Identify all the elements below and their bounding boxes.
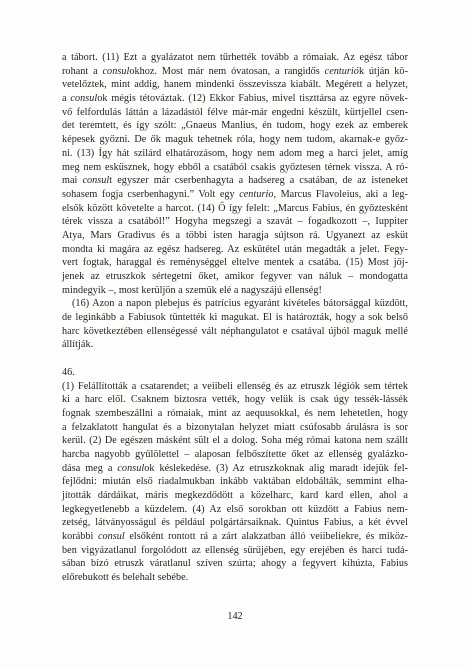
text-line: térek vissza a csatából!” Hogyha megszeg… — [62, 215, 408, 229]
text-line: legkegyetlenebb a küzdelem. (4) Az első … — [62, 503, 408, 517]
text-line: Atya, Mars Gradivus és a többi isten har… — [62, 229, 408, 243]
text-line: állítják. — [62, 338, 408, 352]
text-line: sában bízó etruszk váratlanul szíven szú… — [62, 557, 408, 571]
text-line: harcba nagyobb gyűlölettel – alaposan fe… — [62, 448, 408, 462]
text-line: kerül. (2) De egészen másként sült el a … — [62, 434, 408, 448]
page-number: 142 — [62, 610, 408, 624]
text-line: ki a harc elől. Csaknem biztosra vették,… — [62, 393, 408, 407]
text-line: mai consult egyszer már cserbenhagyta a … — [62, 174, 408, 188]
text-line: fejlődni: miután első riadalmukban inkáb… — [62, 475, 408, 489]
text-line: a tábort. (11) Ezt a gyalázatot nem tűrh… — [62, 51, 408, 65]
text-line: vert fogtak, haraggal és reménységgel el… — [62, 256, 408, 270]
text-line: meg nem esküsznek, hogy ebből a csatából… — [62, 161, 408, 175]
text-line: elsők között követelte a harcot. (14) Ő … — [62, 202, 408, 216]
text-line: sohasem fogja cserbenhagyni.” Volt egy c… — [62, 188, 408, 202]
text-line: korábbi consul elsőként rontott rá a zár… — [62, 530, 408, 544]
text-line: vetelőztek, mint addig, hanem mindenki ö… — [62, 78, 408, 92]
text-line: előrebukott és belehalt sebébe. — [62, 571, 408, 585]
text-line: zetség, látványosságul és például polgár… — [62, 516, 408, 530]
text-line: (1) Felállították a csatarendet; a veiib… — [62, 380, 408, 394]
text-line: fognak szembeszállni a rómaiak, mint az … — [62, 407, 408, 421]
text-line: mindegyik –, most kerüljön a szemük elé … — [62, 284, 408, 298]
text-line: vő felfordulás láttán a lázadástól félve… — [62, 106, 408, 120]
text-line: det teremtett, és így szólt: „Gnaeus Man… — [62, 119, 408, 133]
text-line: rohant a consulokhoz. Most már nem óvato… — [62, 65, 408, 79]
text-line: képesek győzni. De ők maguk tehetnek ról… — [62, 133, 408, 147]
text-line: harc következtében ellenségessé vált nép… — [62, 325, 408, 339]
text-line: jították dárdáikat, máris megkezdődött a… — [62, 489, 408, 503]
text-line: a consulok mégis tétováztak. (12) Ekkor … — [62, 92, 408, 106]
book-page: a tábort. (11) Ezt a gyalázatot nem tűrh… — [0, 0, 466, 667]
section-heading: 46. — [62, 366, 408, 380]
text-line: mondta ki magára az egész hadsereg. Az e… — [62, 243, 408, 257]
text-line: ni. (13) Így hát szilárd elhatározásom, … — [62, 147, 408, 161]
text-line: (16) Azon a napon plebejus és patrícius … — [62, 297, 408, 311]
text-line: jenek az etruszkok sértegetni őket, amik… — [62, 270, 408, 284]
text-line: de leginkább a Fabiusok tüntették ki mag… — [62, 311, 408, 325]
text-block: a tábort. (11) Ezt a gyalázatot nem tűrh… — [62, 51, 408, 585]
text-line: a felzaklatott hangulat és a bizonytalan… — [62, 421, 408, 435]
text-line: ben vigyázatlanul forgolódott az ellensé… — [62, 544, 408, 558]
text-line: dása meg a consulok késlekedése. (3) Az … — [62, 462, 408, 476]
